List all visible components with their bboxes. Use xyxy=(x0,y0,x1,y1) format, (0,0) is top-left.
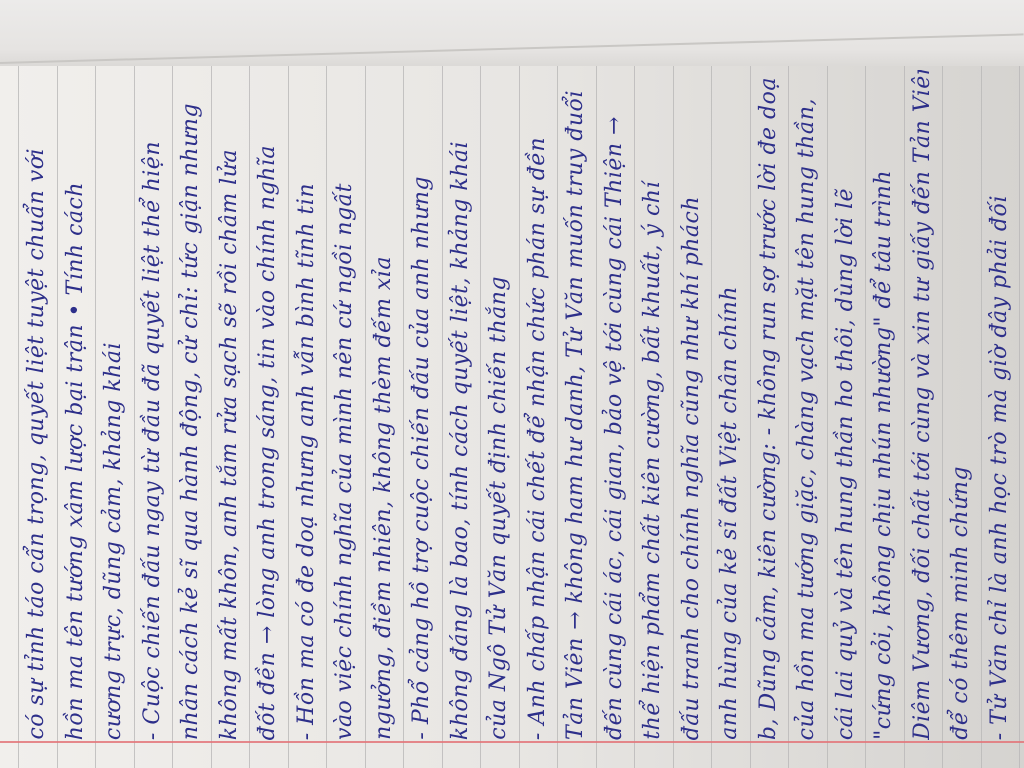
text-line-content: - Tử Văn chỉ là anh học trò mà giờ đây p… xyxy=(977,195,1023,740)
margin-line xyxy=(0,741,1024,743)
text-line: - Tử Văn chỉ là anh học trò mà giờ đây p… xyxy=(977,70,1023,740)
